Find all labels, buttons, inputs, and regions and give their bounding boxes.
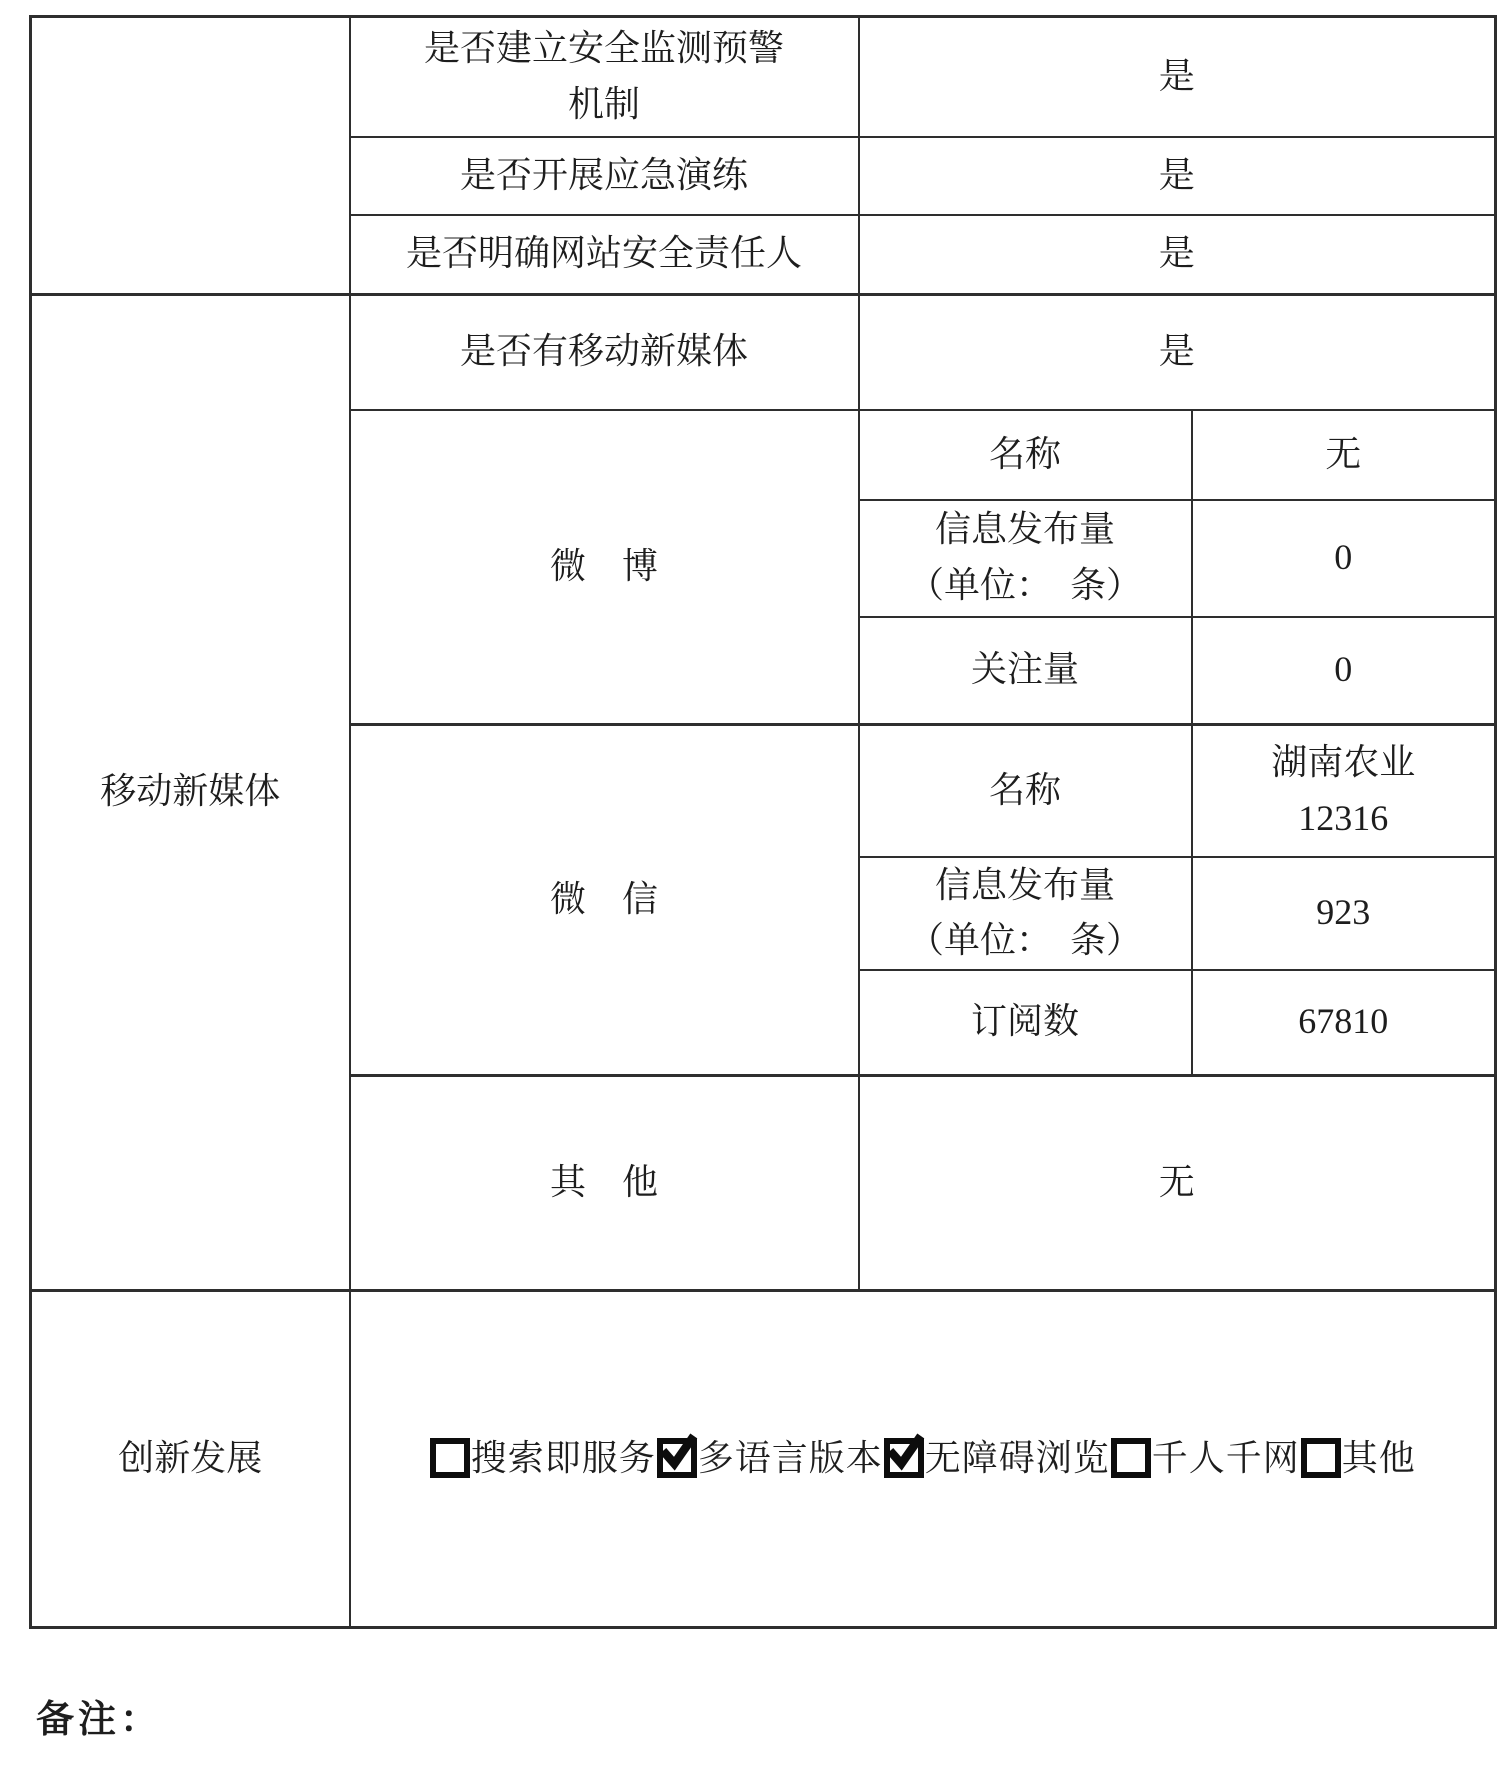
innovation-options-cell: 搜索即服务多语言版本无障碍浏览千人千网其他 <box>350 1290 1496 1627</box>
row-value: 湖南农业 12316 <box>1192 725 1496 857</box>
checkbox-multilingual-version[interactable] <box>657 1438 697 1478</box>
row-value: 0 <box>1192 500 1496 617</box>
row-label: 名称 <box>859 410 1192 500</box>
check-mark-icon <box>661 1436 695 1472</box>
row-value: 无 <box>859 1075 1496 1290</box>
report-table: 是否建立安全监测预警 机制 是 是否开展应急演练 是 是否明确网站安全责任人 是… <box>29 15 1497 1629</box>
empty-section-cell <box>31 17 350 295</box>
row-label: 是否开展应急演练 <box>350 137 859 215</box>
checkbox-label-accessible-browsing: 无障碍浏览 <box>925 1438 1110 1478</box>
checkbox-label-search-as-service: 搜索即服务 <box>471 1438 656 1478</box>
section-label-innovation: 创新发展 <box>31 1290 350 1627</box>
table-row: 创新发展 搜索即服务多语言版本无障碍浏览千人千网其他 <box>31 1290 1496 1627</box>
row-value: 923 <box>1192 857 1496 971</box>
checkbox-accessible-browsing[interactable] <box>884 1438 924 1478</box>
row-value: 是 <box>859 137 1496 215</box>
row-value: 0 <box>1192 617 1496 725</box>
group-label-weibo: 微 博 <box>350 410 859 725</box>
checkbox-label-personalized-web: 千人千网 <box>1152 1438 1300 1478</box>
row-label: 是否建立安全监测预警 机制 <box>350 17 859 137</box>
row-value: 是 <box>859 295 1496 410</box>
row-value: 是 <box>859 215 1496 295</box>
row-label: 订阅数 <box>859 970 1192 1075</box>
table-row: 移动新媒体 是否有移动新媒体 是 <box>31 295 1496 410</box>
row-label: 名称 <box>859 725 1192 857</box>
checkbox-label-multilingual-version: 多语言版本 <box>698 1438 883 1478</box>
checkbox-search-as-service[interactable] <box>430 1438 470 1478</box>
group-label-other: 其 他 <box>350 1075 859 1290</box>
row-label: 关注量 <box>859 617 1192 725</box>
row-value: 是 <box>859 17 1496 137</box>
group-label-wechat: 微 信 <box>350 725 859 1076</box>
remarks-label: 备注： <box>36 1688 162 1743</box>
row-label: 是否明确网站安全责任人 <box>350 215 859 295</box>
checkbox-other[interactable] <box>1301 1438 1341 1478</box>
row-value: 无 <box>1192 410 1496 500</box>
section-label-mobile-media: 移动新媒体 <box>31 295 350 1291</box>
table-row: 是否建立安全监测预警 机制 是 <box>31 17 1496 137</box>
checkbox-personalized-web[interactable] <box>1111 1438 1151 1478</box>
check-mark-icon <box>888 1436 922 1472</box>
row-label: 信息发布量 （单位： 条） <box>859 857 1192 971</box>
checkbox-label-other: 其他 <box>1342 1438 1416 1478</box>
row-label: 信息发布量 （单位： 条） <box>859 500 1192 617</box>
row-label: 是否有移动新媒体 <box>350 295 859 410</box>
row-value: 67810 <box>1192 970 1496 1075</box>
